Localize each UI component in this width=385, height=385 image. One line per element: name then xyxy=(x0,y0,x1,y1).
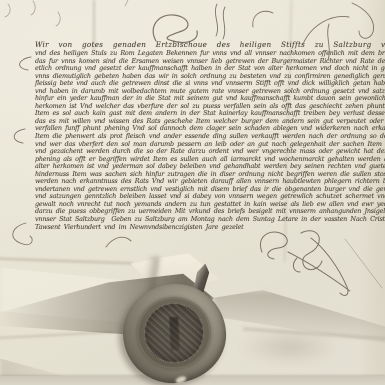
cadel-loop-ornament xyxy=(153,15,197,42)
seal-impression-ring xyxy=(135,295,213,371)
charter-photograph: Wir von gotes genaden Ertzbischoue des h… xyxy=(0,0,385,385)
seal-coat-of-arms xyxy=(142,301,205,364)
notary-paraph xyxy=(260,231,382,296)
ascender-flourishes xyxy=(215,3,373,60)
margin-swashes xyxy=(13,57,131,247)
top-left-flourish xyxy=(5,0,128,26)
